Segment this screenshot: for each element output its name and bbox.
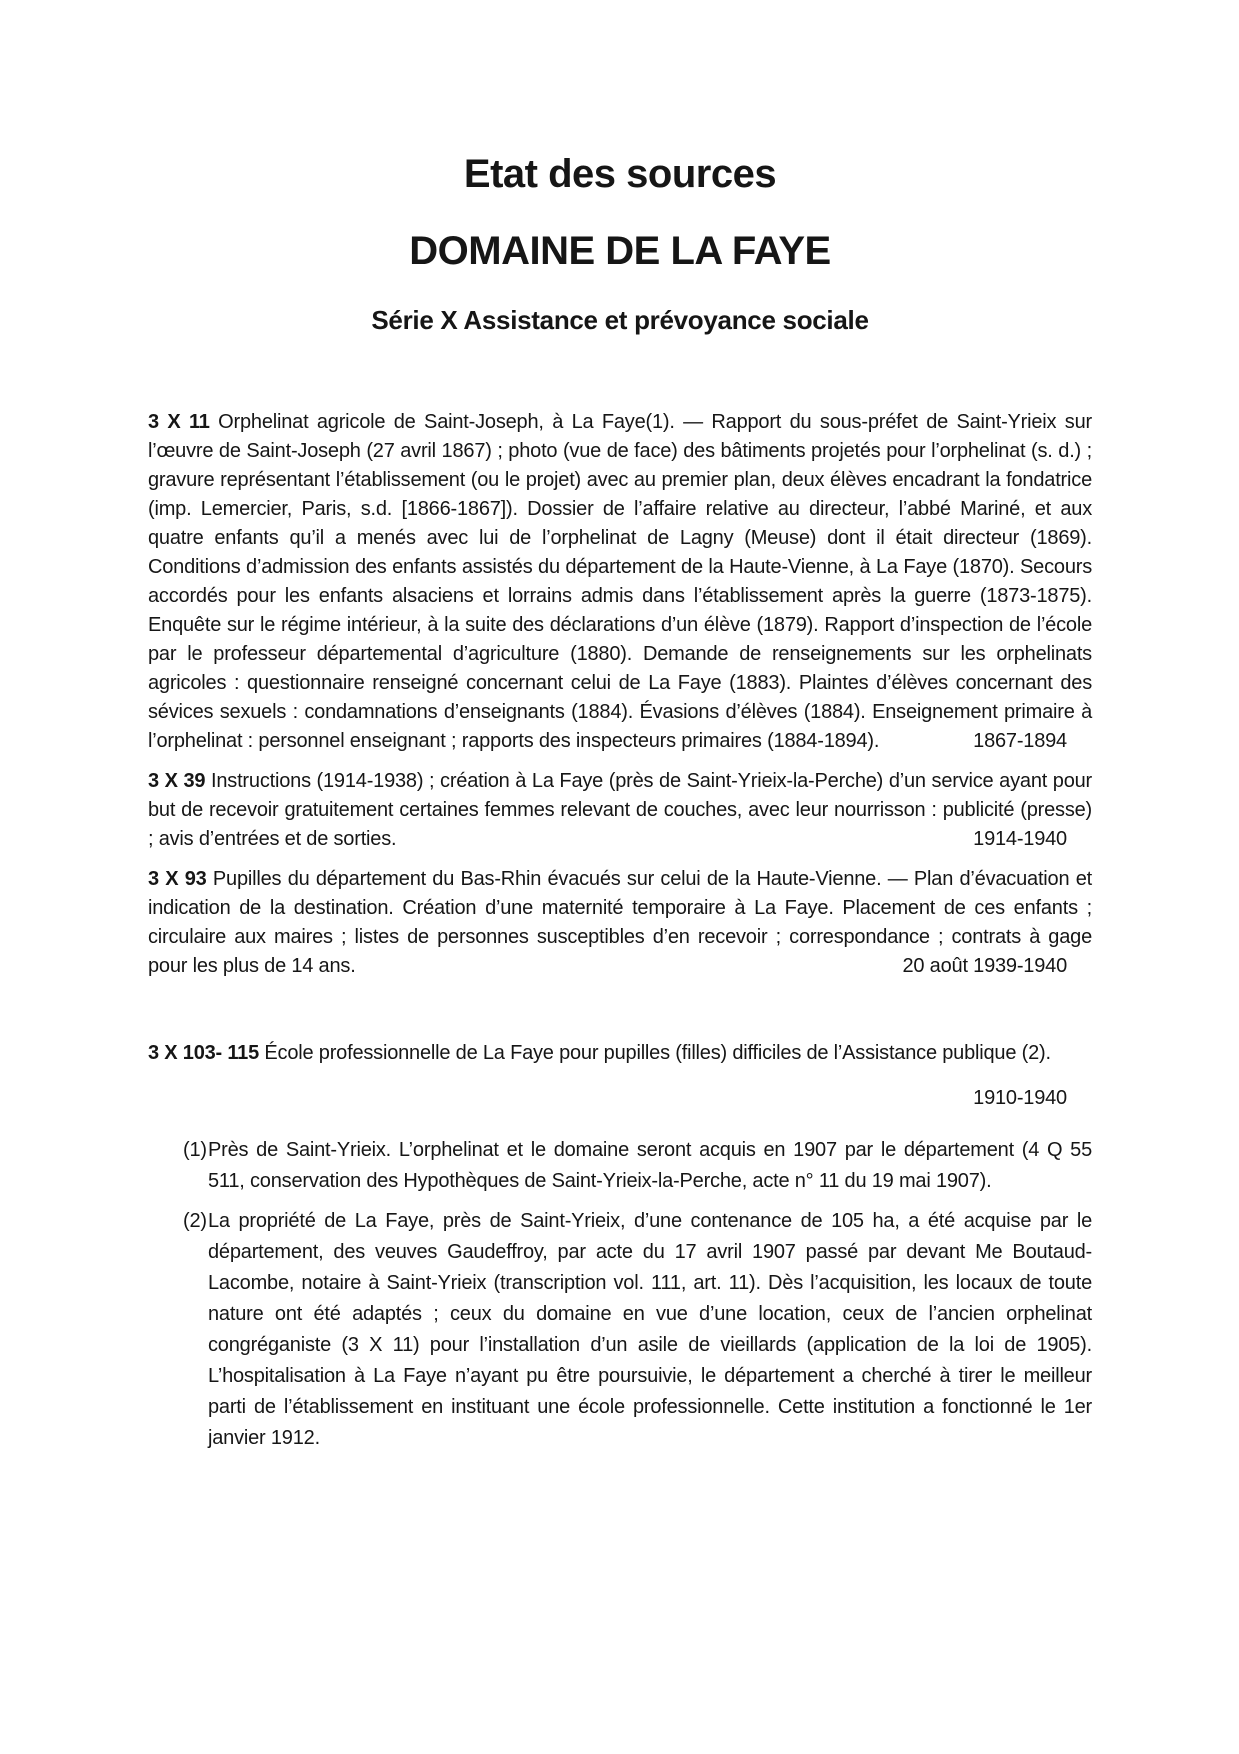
footnote-item-1: (1) Près de Saint-Yrieix. L’orphelinat e… [148, 1135, 1092, 1197]
document-subtitle: DOMAINE DE LA FAYE [148, 229, 1092, 273]
footnote-marker: (2) [183, 1206, 207, 1237]
entry-code: 3 X 39 [148, 770, 205, 792]
entry-date: 1910-1940 [973, 1087, 1067, 1109]
entry-3x11: 3 X 11 Orphelinat agricole de Saint-Jose… [148, 408, 1092, 756]
series-heading: Série X Assistance et prévoyance sociale [148, 304, 1092, 336]
entry-3x103-115: 3 X 103- 115 École professionnelle de La… [148, 1039, 1092, 1068]
entry-text: Orphelinat agricole de Saint-Joseph, à L… [148, 411, 1092, 752]
entry-text: École professionnelle de La Faye pour pu… [264, 1042, 1050, 1064]
entry-date-line: 1910-1940 [148, 1084, 1092, 1113]
footnote-marker: (1) [183, 1135, 207, 1166]
entry-code: 3 X 11 [148, 411, 210, 433]
entry-code: 3 X 93 [148, 868, 207, 890]
entry-date: 1914-1940 [973, 825, 1067, 854]
entry-text: Instructions (1914-1938) ; création à La… [148, 770, 1092, 850]
document-page: Etat des sources DOMAINE DE LA FAYE Séri… [0, 0, 1239, 1754]
entry-date: 20 août 1939-1940 [902, 952, 1067, 981]
entry-3x93: 3 X 93 Pupilles du département du Bas-Rh… [148, 865, 1092, 981]
document-title: Etat des sources [148, 152, 1092, 196]
footnote-item-2: (2) La propriété de La Faye, près de Sai… [148, 1206, 1092, 1454]
entry-date: 1867-1894 [973, 727, 1067, 756]
entries-section: 3 X 11 Orphelinat agricole de Saint-Jose… [148, 408, 1092, 1113]
footnote-text: Près de Saint-Yrieix. L’orphelinat et le… [208, 1139, 1092, 1192]
footnote-list: (1) Près de Saint-Yrieix. L’orphelinat e… [148, 1135, 1092, 1454]
entry-code: 3 X 103- 115 [148, 1042, 259, 1064]
footnote-text: La propriété de La Faye, près de Saint-Y… [208, 1210, 1092, 1449]
entry-3x39: 3 X 39 Instructions (1914-1938) ; créati… [148, 767, 1092, 854]
